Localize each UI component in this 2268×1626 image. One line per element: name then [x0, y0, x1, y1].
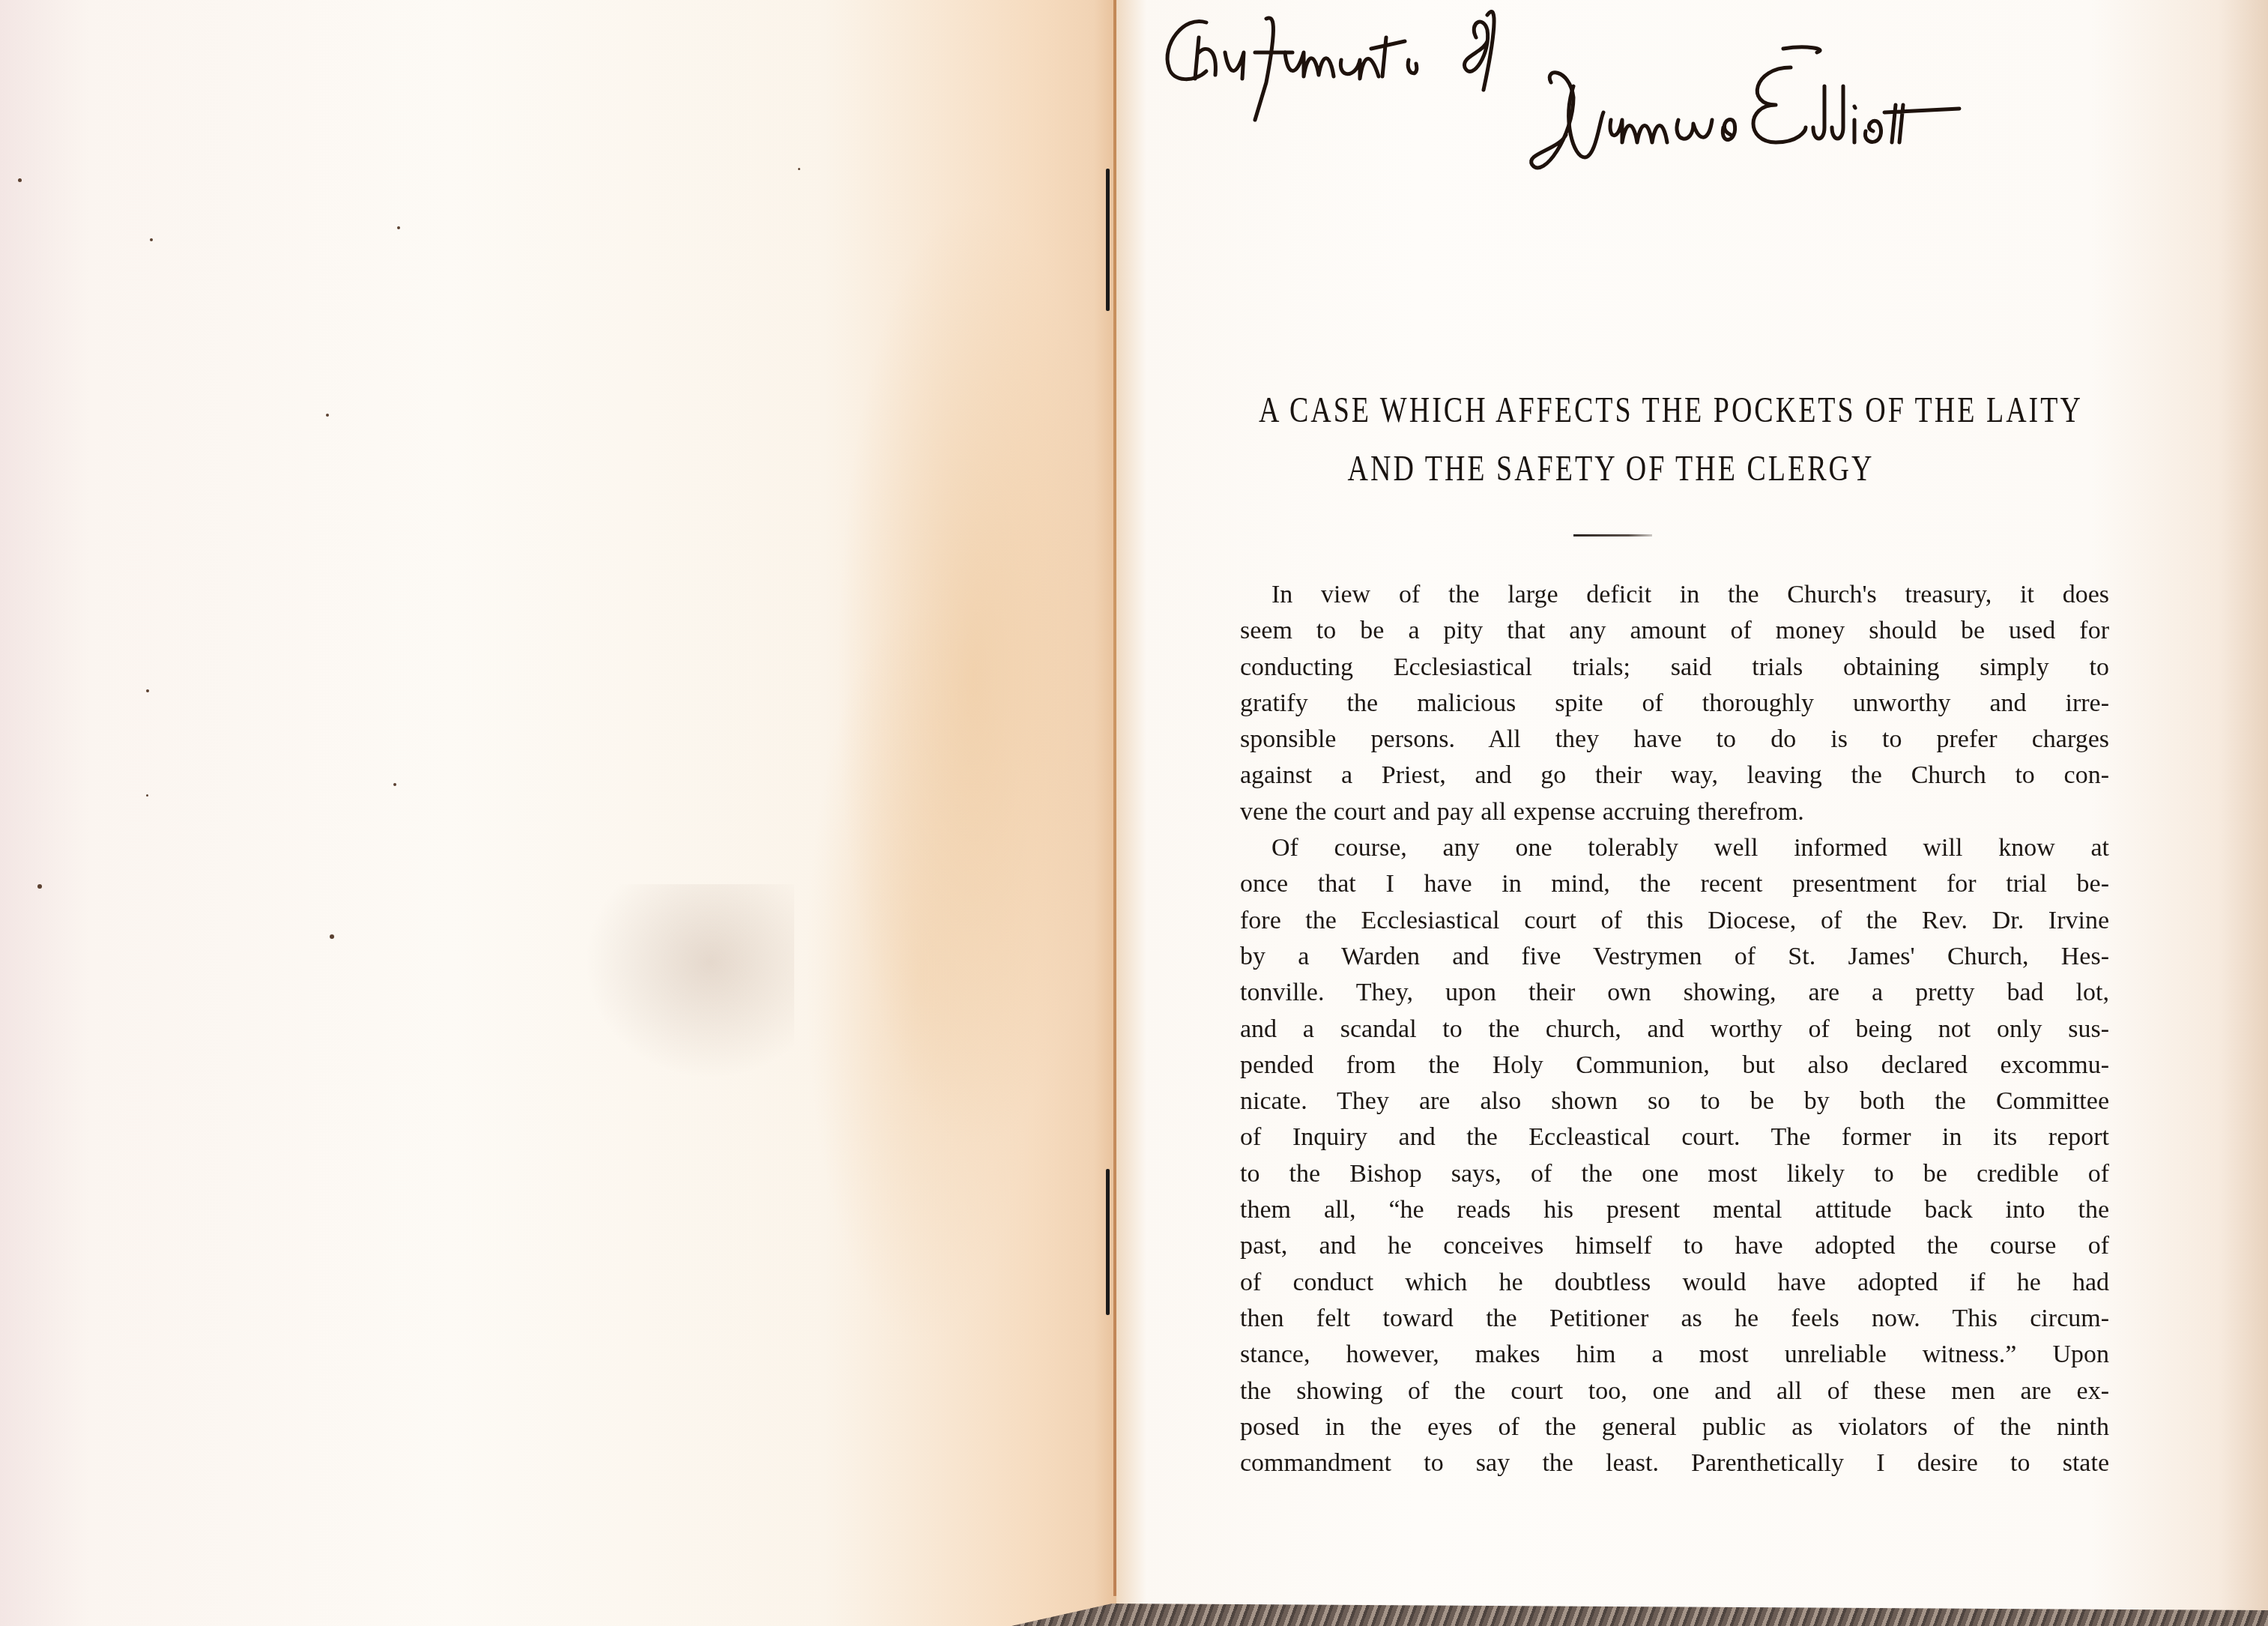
left-page-blank: [0, 0, 1116, 1626]
paragraph-2-line: once that I have in mind, the recent pre…: [1240, 866, 2109, 902]
book-spread: A CASE WHICH AFFECTS THE POCKETS OF THE …: [0, 0, 2268, 1626]
paragraph-2-line: posed in the eyes of the general public …: [1240, 1409, 2109, 1445]
foxing-spot: [146, 689, 149, 692]
title-divider-rule: [1573, 534, 1652, 537]
paragraph-2-line: by a Warden and five Vestrymen of St. Ja…: [1240, 939, 2109, 975]
paragraph-2-line: to the Bishop says, of the one most like…: [1240, 1156, 2109, 1192]
foxing-spot: [397, 226, 400, 229]
paragraph-2-line: commandment to say the least. Parentheti…: [1240, 1445, 2109, 1481]
paragraph-1-line: conducting Ecclesiastical trials; said t…: [1240, 650, 2109, 686]
paragraph-1-line: against a Priest, and go their way, leav…: [1240, 758, 2109, 794]
paragraph-2-line: of Inquiry and the Eccleastical court. T…: [1240, 1119, 2109, 1155]
foxing-spot: [330, 934, 334, 939]
paragraph-2-line: stance, however, makes him a most unreli…: [1240, 1337, 2109, 1373]
paragraph-2-line: Of course, any one tolerably well inform…: [1240, 830, 2109, 866]
paragraph-2-line: fore the Ecclesiastical court of this Di…: [1240, 903, 2109, 939]
paragraph-2-line: nicate. They are also shown so to be by …: [1240, 1084, 2109, 1119]
paragraph-1-line: gratify the malicious spite of thoroughl…: [1240, 686, 2109, 722]
paragraph-1-line: vene the court and pay all expense accru…: [1240, 794, 2109, 830]
binding-stitch: [1106, 1169, 1110, 1315]
paragraph-2-line: the showing of the court too, one and al…: [1240, 1373, 2109, 1409]
paragraph-2-line: and a scandal to the church, and worthy …: [1240, 1012, 2109, 1048]
foxing-spot: [146, 794, 148, 797]
binding-stitch: [1106, 169, 1110, 311]
book-spine: [1113, 0, 1116, 1596]
handwritten-inscription: [1154, 7, 2203, 232]
foxing-spot: [393, 783, 396, 786]
paragraph-1-line: In view of the large deficit in the Chur…: [1240, 577, 2109, 613]
foxing-spot: [37, 884, 42, 889]
paragraph-2-line: tonville. They, upon their own showing, …: [1240, 975, 2109, 1011]
paragraph-1-line: seem to be a pity that any amount of mon…: [1240, 613, 2109, 649]
paragraph-1-line: sponsible persons. All they have to do i…: [1240, 722, 2109, 758]
foxing-spot: [18, 178, 22, 182]
signature-icon: [1154, 7, 2203, 232]
foxing-spot: [798, 168, 800, 170]
paper-stain: [584, 884, 794, 1079]
foxing-spot: [326, 414, 329, 417]
paragraph-2-line: them all, “he reads his present mental a…: [1240, 1192, 2109, 1228]
paragraph-2-line: pended from the Holy Communion, but also…: [1240, 1048, 2109, 1084]
document-title-line-1: A CASE WHICH AFFECTS THE POCKETS OF THE …: [1240, 390, 2102, 431]
foxing-spot: [150, 238, 153, 241]
paragraph-2-line: past, and he conceives himself to have a…: [1240, 1228, 2109, 1264]
paragraph-2-line: of conduct which he doubtless would have…: [1240, 1265, 2109, 1301]
paragraph-2-line: then felt toward the Petitioner as he fe…: [1240, 1301, 2109, 1337]
document-title-line-2: AND THE SAFETY OF THE CLERGY: [1274, 448, 1948, 489]
body-text: In view of the large deficit in the Chur…: [1240, 577, 2109, 1481]
